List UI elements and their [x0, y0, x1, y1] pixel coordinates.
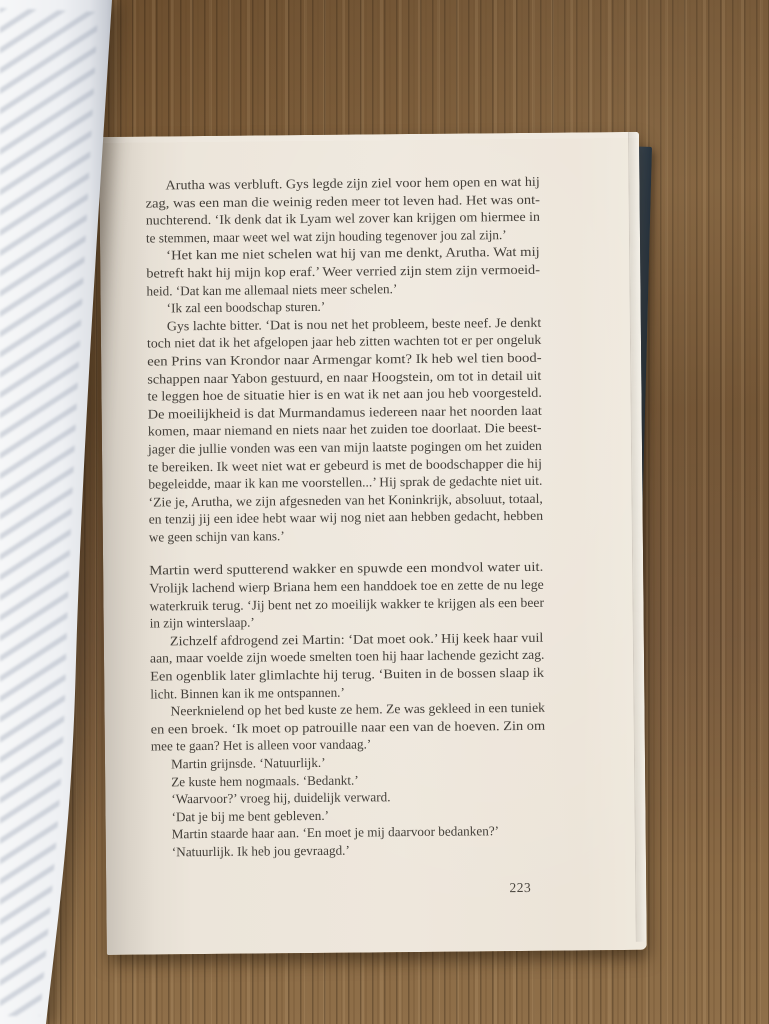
paragraph: ‘Het kan me niet schelen wat hij van me … [146, 243, 540, 300]
left-page-blurred-text [0, 8, 98, 1016]
paragraph: Neerknielend op het bed kuste ze hem. Ze… [150, 699, 544, 756]
text-line: ‘Natuurlijk. Ik heb jou gevraagd.’ [152, 840, 546, 861]
paragraph: Martin werd sputterend wakker en spuwde … [149, 558, 544, 632]
page-number: 223 [509, 880, 531, 896]
text-line: en een broek. ‘Ik moet op patrouille naa… [151, 717, 545, 738]
page-text-block: Arutha was verbluft. Gys legde zijn ziel… [145, 173, 546, 861]
book-right-page: Arutha was verbluft. Gys legde zijn ziel… [99, 132, 647, 955]
paragraph: Zichzelf afdrogend zei Martin: ‘Dat moet… [150, 629, 545, 703]
paragraph: ‘Natuurlijk. Ik heb jou gevraagd.’ [152, 840, 546, 861]
text-line: Een ogenblik later glimlachte hij terug.… [150, 664, 544, 685]
paragraph: Arutha was verbluft. Gys legde zijn ziel… [145, 173, 540, 247]
book-left-page-curled [0, 0, 180, 1024]
paragraph: Gys lachte bitter. ‘Dat is nou net het p… [147, 314, 543, 546]
photo-open-book-on-table: Arutha was verbluft. Gys legde zijn ziel… [0, 0, 769, 1024]
